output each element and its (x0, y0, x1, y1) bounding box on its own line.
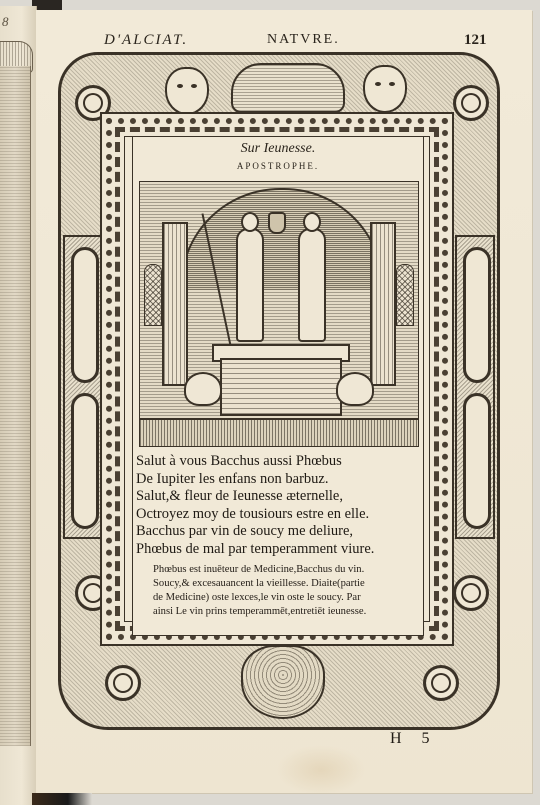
lattice-window-icon (144, 264, 162, 326)
woodcut-illustration (139, 181, 419, 447)
figure-bacchus-icon (236, 228, 264, 342)
dolphin-ornament-icon (336, 372, 374, 406)
gutter-shadow-bottom (32, 793, 92, 805)
scroll-volute-icon (453, 575, 489, 611)
cartouche-icon (231, 63, 345, 113)
verse-line: Bacchus par vin de soucy me deliure, (136, 523, 426, 541)
arch-icon (180, 188, 384, 290)
emblem-verse: Salut à vous Bacchus aussi Phœbus De Iup… (136, 453, 426, 559)
lamp-icon (268, 212, 286, 234)
satyr-face-icon (363, 65, 407, 113)
acanthus-panel-right-icon (455, 235, 495, 539)
commentary-line: de Medicine) oste lexces,le vin oste le … (153, 591, 421, 605)
facing-page-folio: 8 (2, 14, 9, 30)
mask-face-icon (165, 67, 209, 115)
emblem-content: Sur Ieunesse. APOSTROPHE. (132, 136, 424, 636)
dolphin-ornament-icon (184, 372, 222, 406)
signature-mark: H 5 (390, 730, 438, 748)
verse-line: De Iupiter les enfans non barbuz. (136, 471, 426, 489)
verse-line: Salut,& fleur de Ieunesse æternelle, (136, 488, 426, 506)
book-spread: 8 D'ALCIAT. NATVRE. 121 (0, 0, 540, 805)
running-title-center: NATVRE. (267, 32, 340, 48)
commentary-line: Phœbus est inuēteur de Medicine,Bacchus … (153, 563, 421, 577)
commentary-line: ainsi Le vin prins temperammēt,entretiēt… (153, 605, 421, 619)
verse-line: Salut à vous Bacchus aussi Phœbus (136, 453, 426, 471)
grotesque-mask-icon (241, 645, 325, 719)
column-icon (370, 222, 396, 386)
paper-stain (276, 745, 366, 795)
scroll-volute-icon (453, 85, 489, 121)
emblem-commentary: Phœbus est inuēteur de Medicine,Bacchus … (153, 563, 421, 619)
facing-page-left: 8 (0, 6, 37, 805)
figure-phoebus-icon (298, 228, 326, 342)
page-number: 121 (464, 32, 487, 49)
verse-line: Phœbus de mal par temperamment viure. (136, 541, 426, 559)
emblem-subtitle: APOSTROPHE. (133, 161, 423, 171)
facing-page-woodcut-pillar (0, 66, 31, 746)
pedestal-icon (220, 358, 342, 416)
page-recto: D'ALCIAT. NATVRE. 121 (36, 10, 532, 793)
commentary-line: Soucy,& excesauancent la vieillesse. Dia… (153, 577, 421, 591)
verse-line: Octroyez moy de tousiours estre en elle. (136, 506, 426, 524)
column-icon (162, 222, 188, 386)
lattice-window-icon (396, 264, 414, 326)
running-title-left: D'ALCIAT. (104, 32, 188, 49)
scroll-volute-icon (423, 665, 459, 701)
base-frieze-icon (140, 418, 418, 446)
scroll-volute-icon (105, 665, 141, 701)
acanthus-panel-left-icon (63, 235, 103, 539)
emblem-title: Sur Ieunesse. (133, 141, 423, 157)
chain-frame: Sur Ieunesse. APOSTROPHE. (100, 112, 454, 646)
